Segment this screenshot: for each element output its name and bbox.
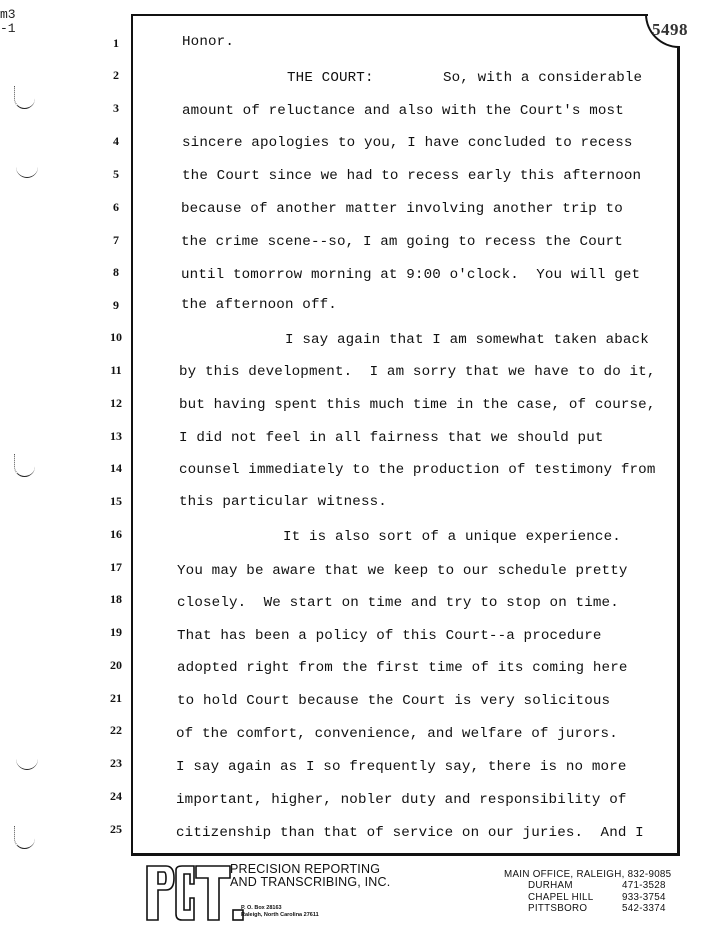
punch-hole-mark bbox=[14, 86, 35, 109]
line-number: 18 bbox=[104, 592, 128, 607]
margin-note-m3: m3 bbox=[0, 8, 16, 21]
transcript-line: I say again that I am somewhat taken aba… bbox=[285, 332, 649, 348]
line-number: 14 bbox=[104, 461, 128, 476]
line-number: 9 bbox=[104, 298, 128, 313]
address-line1: P. O. Box 28163 bbox=[241, 905, 319, 912]
line-number: 12 bbox=[104, 396, 128, 411]
frame-right-border bbox=[677, 46, 680, 856]
transcript-line: adopted right from the first time of its… bbox=[177, 660, 628, 676]
transcript-line: counsel immediately to the production of… bbox=[179, 462, 656, 478]
transcript-line: Honor. bbox=[182, 34, 234, 50]
transcript-line: this particular witness. bbox=[179, 494, 387, 510]
punch-hole-mark bbox=[16, 165, 38, 178]
line-number: 17 bbox=[104, 560, 128, 575]
transcript-line: the Court since we had to recess early t… bbox=[182, 168, 641, 184]
line-number: 21 bbox=[104, 691, 128, 706]
line-number: 10 bbox=[104, 330, 128, 345]
line-number: 19 bbox=[104, 625, 128, 640]
transcript-line: of the comfort, convenience, and welfare… bbox=[176, 726, 618, 742]
transcript-line: the crime scene--so, I am going to reces… bbox=[181, 234, 623, 250]
punch-hole-mark bbox=[16, 757, 38, 770]
punch-hole-mark bbox=[14, 454, 35, 477]
transcript-line: amount of reluctance and also with the C… bbox=[182, 103, 624, 119]
line-number: 15 bbox=[104, 494, 128, 509]
line-number: 8 bbox=[104, 265, 128, 280]
transcript-line: the afternoon off. bbox=[181, 297, 337, 313]
transcript-line: by this development. I am sorry that we … bbox=[179, 364, 656, 380]
main-office: MAIN OFFICE, RALEIGH, 832-9085 bbox=[504, 869, 671, 880]
office-row-chapel-hill: CHAPEL HILL 933-3754 bbox=[528, 892, 671, 904]
company-name-line1: PRECISION REPORTING bbox=[230, 863, 390, 876]
transcript-line: THE COURT: So, with a considerable bbox=[287, 70, 642, 86]
line-number: 24 bbox=[104, 789, 128, 804]
office-phone: 542-3374 bbox=[622, 903, 666, 915]
line-number: 11 bbox=[104, 363, 128, 378]
transcript-line: to hold Court because the Court is very … bbox=[177, 693, 610, 709]
transcript-line: sincere apologies to you, I have conclud… bbox=[182, 135, 633, 151]
office-city: PITTSBORO bbox=[528, 903, 622, 915]
office-city: CHAPEL HILL bbox=[528, 892, 622, 904]
transcript-line: but having spent this much time in the c… bbox=[179, 397, 656, 413]
address-line2: Raleigh, North Carolina 27611 bbox=[241, 912, 319, 919]
office-row-pittsboro: PITTSBORO 542-3374 bbox=[528, 903, 671, 915]
office-city: DURHAM bbox=[528, 880, 622, 892]
office-row-durham: DURHAM 471-3528 bbox=[528, 880, 671, 892]
transcript-line: until tomorrow morning at 9:00 o'clock. … bbox=[181, 267, 640, 283]
transcript-line: It is also sort of a unique experience. bbox=[283, 529, 621, 545]
line-number: 13 bbox=[104, 429, 128, 444]
line-number: 20 bbox=[104, 658, 128, 673]
line-number: 25 bbox=[104, 822, 128, 837]
line-number: 3 bbox=[104, 101, 128, 116]
office-phone: 471-3528 bbox=[622, 880, 666, 892]
company-name-line2: AND TRANSCRIBING, INC. bbox=[230, 876, 390, 889]
office-phone: 933-3754 bbox=[622, 892, 666, 904]
transcript-line: important, higher, nobler duty and respo… bbox=[176, 792, 627, 808]
line-number: 23 bbox=[104, 756, 128, 771]
transcript-line: citizenship than that of service on our … bbox=[176, 825, 644, 841]
punch-hole-mark bbox=[14, 826, 35, 849]
line-number: 16 bbox=[104, 527, 128, 542]
line-number: 6 bbox=[104, 200, 128, 215]
line-number: 4 bbox=[104, 134, 128, 149]
transcript-line: I did not feel in all fairness that we s… bbox=[179, 430, 604, 446]
transcript-line: You may be aware that we keep to our sch… bbox=[177, 563, 628, 579]
line-number: 2 bbox=[104, 68, 128, 83]
margin-note-sheet: -1 bbox=[0, 22, 16, 35]
office-directory: MAIN OFFICE, RALEIGH, 832-9085 DURHAM 47… bbox=[504, 869, 671, 915]
transcript-line: I say again as I so frequently say, ther… bbox=[176, 759, 627, 775]
page-number: 5498 bbox=[652, 20, 688, 40]
transcript-line: because of another matter involving anot… bbox=[181, 201, 623, 217]
line-number: 5 bbox=[104, 167, 128, 182]
company-name: PRECISION REPORTING AND TRANSCRIBING, IN… bbox=[230, 863, 390, 888]
transcript-line: closely. We start on time and try to sto… bbox=[177, 595, 619, 611]
transcript-line: That has been a policy of this Court--a … bbox=[177, 628, 602, 644]
line-number: 7 bbox=[104, 233, 128, 248]
company-address: P. O. Box 28163 Raleigh, North Carolina … bbox=[241, 905, 319, 919]
footer: PRECISION REPORTING AND TRANSCRIBING, IN… bbox=[0, 861, 720, 925]
line-number: 1 bbox=[104, 36, 128, 51]
line-number: 22 bbox=[104, 723, 128, 738]
